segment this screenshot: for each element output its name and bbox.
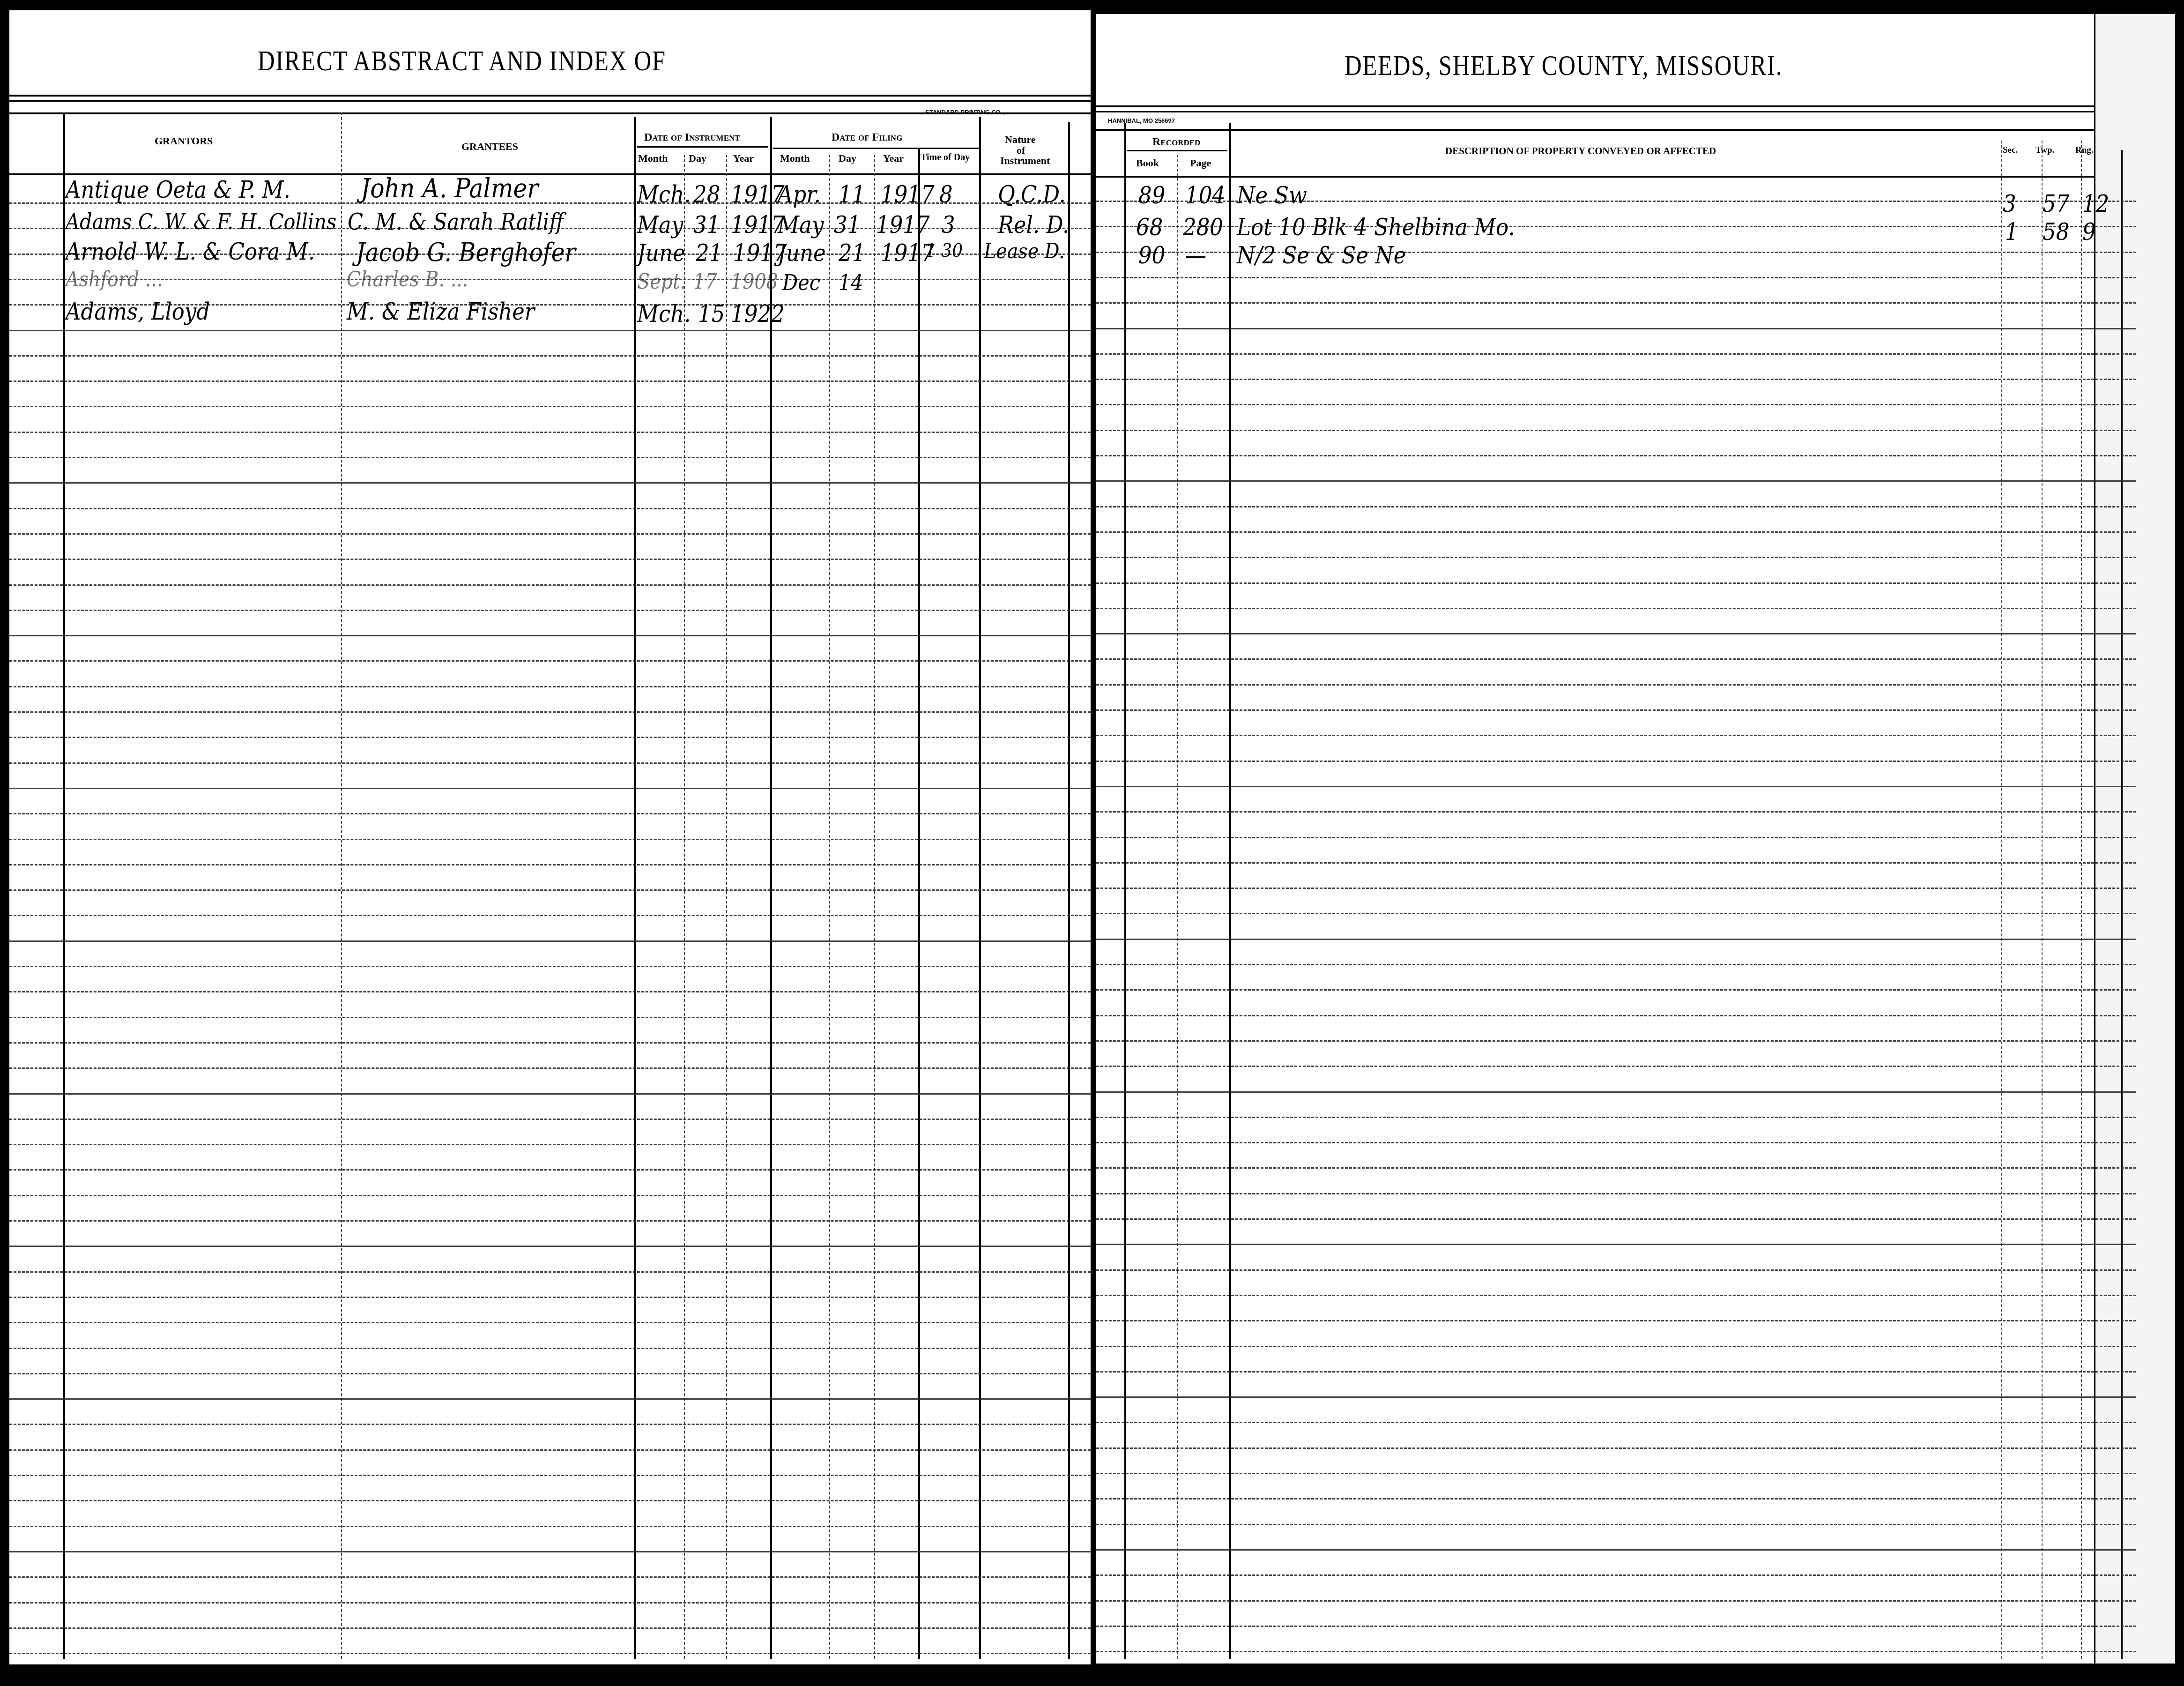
row-rule: [1096, 1396, 2136, 1398]
file-day-cell: 31: [834, 213, 861, 237]
row-rule: [9, 1449, 1091, 1451]
sec-cell: 3: [2003, 192, 2016, 216]
description-cell: Lot 10 Blk 4 Shelbina Mo.: [1237, 216, 1515, 239]
inst-month-cell: May: [637, 213, 683, 237]
row-rule: [1096, 531, 2136, 533]
row-rule: [9, 330, 1091, 331]
rule: [773, 148, 979, 149]
grantees-cell: Charles B. ...: [347, 269, 468, 290]
row-rule: [1096, 1269, 2136, 1271]
row-rule: [9, 1017, 1091, 1018]
col-line: [2001, 141, 2002, 1659]
grantors-cell: Adams, Lloyd: [66, 300, 210, 323]
title-right: DEEDS, SHELBY COUNTY, MISSOURI.: [1345, 49, 1783, 82]
header-date-of-filing: Date of Filing: [832, 131, 902, 144]
row-rule: [9, 660, 1091, 662]
row-rule: [1096, 964, 2136, 965]
row-rule: [1096, 1091, 2136, 1093]
row-rule: [1096, 1142, 2136, 1143]
row-rule: [9, 635, 1091, 636]
grantees-cell: C. M. & Sarah Ratliff: [348, 211, 564, 233]
row-rule: [1096, 1015, 2136, 1016]
sec-cell: 1: [2005, 220, 2019, 244]
inst-year-cell: 1917: [731, 213, 785, 237]
row-rule: [1096, 1066, 2136, 1067]
row-rule: [9, 839, 1091, 840]
row-rule: [9, 1576, 1091, 1578]
row-rule: [1096, 1626, 2136, 1627]
header-inst-year: Year: [733, 152, 754, 164]
row-rule: [1096, 939, 2136, 940]
grantees-cell: John A. Palmer: [361, 176, 538, 202]
col-line: [1177, 155, 1178, 1659]
row-rule: [9, 940, 1091, 942]
row-rule: [9, 1602, 1091, 1604]
book-cell: 90: [1138, 244, 1165, 267]
file-year-cell: 1917: [876, 213, 930, 237]
row-rule: [1096, 786, 2136, 787]
header-inst-day: Day: [689, 152, 706, 164]
row-rule: [9, 711, 1091, 713]
time-cell: 8: [939, 183, 953, 206]
row-rule: [9, 966, 1091, 967]
row-rule: [9, 991, 1091, 992]
row-rule: [9, 1297, 1091, 1298]
row-rule: [1096, 480, 2136, 482]
row-rule: [9, 380, 1091, 382]
file-year-cell: 1917: [881, 183, 935, 206]
row-rule: [9, 864, 1091, 865]
grantees-cell: Jacob G. Berghofer: [356, 240, 576, 265]
row-rule: [9, 1119, 1091, 1120]
row-rule: [1096, 658, 2136, 660]
row-rule: [1096, 328, 2136, 329]
rng-cell: 9: [2082, 220, 2096, 244]
row-rule: [1096, 709, 2136, 711]
row-rule: [9, 1067, 1091, 1069]
row-rule: [9, 1373, 1091, 1374]
row-rule: [9, 1195, 1091, 1196]
row-rule: [1096, 1524, 2136, 1525]
inst-year-cell: 1908: [731, 272, 778, 292]
row-rule: [9, 279, 1091, 280]
row-rule: [1096, 1574, 2136, 1576]
inst-day-cell: 28: [693, 183, 720, 206]
row-rule: [9, 1526, 1091, 1527]
inst-month-cell: Mch.: [637, 302, 691, 326]
col-line: [341, 112, 342, 1659]
row-rule: [9, 1627, 1091, 1629]
col-line: [63, 112, 65, 1659]
twp-cell: 58: [2043, 220, 2069, 244]
row-rule: [1096, 761, 2136, 762]
row-rule: [1096, 1117, 2136, 1118]
row-rule: [1096, 608, 2136, 609]
row-rule: [9, 432, 1091, 433]
row-rule: [1096, 1244, 2136, 1245]
page-cell: —: [1185, 244, 1206, 267]
page-tab: [2094, 14, 2175, 1664]
time-cell: 1 30: [925, 241, 963, 260]
twp-cell: 57: [2043, 192, 2069, 216]
nature-cell: Lease D.: [984, 241, 1065, 262]
row-rule: [1096, 506, 2136, 507]
row-rule: [1096, 1040, 2136, 1042]
inst-year-cell: 1922: [731, 302, 785, 326]
col-line: [2081, 141, 2082, 1659]
time-cell: 3: [942, 213, 955, 237]
row-rule: [9, 482, 1091, 484]
row-rule: [1096, 582, 2136, 584]
row-rule: [1096, 1651, 2136, 1652]
inst-month-cell: Mch.: [637, 183, 691, 206]
rng-cell: 12: [2082, 192, 2109, 216]
row-rule: [1096, 1193, 2136, 1194]
description-cell: N/2 Se & Se Ne: [1237, 244, 1406, 267]
row-rule: [1096, 633, 2136, 634]
header-page: Page: [1190, 157, 1211, 169]
row-rule: [9, 1653, 1091, 1654]
row-rule: [9, 737, 1091, 738]
row-rule: [1096, 1473, 2136, 1474]
col-line: [979, 117, 981, 1659]
row-rule: [9, 788, 1091, 789]
file-month-cell: June: [778, 241, 826, 265]
row-rule: [1096, 1600, 2136, 1602]
row-rule: [1096, 1447, 2136, 1449]
file-month-cell: Apr.: [778, 183, 821, 206]
col-line: [918, 148, 920, 1659]
description-cell: Ne Sw: [1237, 184, 1307, 207]
row-rule: [1096, 837, 2136, 838]
row-rule: [9, 533, 1091, 535]
rule: [1096, 105, 2094, 107]
row-rule: [9, 1551, 1091, 1552]
inst-day-cell: 21: [696, 241, 722, 265]
title-left: DIRECT ABSTRACT AND INDEX OF: [258, 45, 666, 78]
header-description: DESCRIPTION OF PROPERTY CONVEYED OR AFFE…: [1445, 145, 1716, 157]
col-line: [2121, 150, 2123, 1659]
col-line: [634, 117, 636, 1659]
header-book: Book: [1136, 157, 1159, 169]
row-rule: [1096, 1549, 2136, 1551]
inst-day-cell: 31: [693, 213, 720, 237]
header-inst-month: Month: [638, 152, 668, 164]
file-day-cell: 14: [839, 272, 863, 293]
grantors-cell: Adams C. W. & F. H. Collins: [66, 211, 336, 232]
row-rule: [9, 1322, 1091, 1323]
header-recorded: Recorded: [1152, 136, 1200, 149]
grantees-cell: M. & Eliza Fisher: [347, 300, 535, 323]
header-date-of-instrument: Date of Instrument: [644, 131, 740, 144]
nature-cell: Rel. D.: [998, 213, 1069, 237]
page-cell: 104: [1185, 184, 1226, 207]
header-bottom-rule: [9, 173, 1091, 175]
book-cell: 68: [1136, 216, 1163, 239]
row-rule: [1096, 862, 2136, 864]
header-file-month: Month: [780, 152, 810, 164]
row-rule: [1096, 1167, 2136, 1169]
row-rule: [9, 1169, 1091, 1171]
row-rule: [9, 457, 1091, 458]
row-rule: [9, 1348, 1091, 1349]
row-rule: [9, 1475, 1091, 1476]
row-rule: [1096, 557, 2136, 558]
file-month-cell: May: [778, 213, 824, 237]
row-rule: [1096, 353, 2136, 355]
header-file-year: Year: [883, 152, 904, 164]
row-rule: [9, 1093, 1091, 1095]
row-rule: [9, 1424, 1091, 1425]
header-grantors: GRANTORS: [155, 135, 213, 147]
header-grantees: GRANTEES: [461, 141, 518, 153]
header-rng: Rng.: [2075, 145, 2094, 156]
row-rule: [1096, 1320, 2136, 1321]
row-rule: [9, 686, 1091, 687]
row-rule: [9, 762, 1091, 764]
header-twp: Twp.: [2035, 145, 2054, 156]
header-sec: Sec.: [2003, 145, 2018, 156]
rule: [637, 146, 768, 148]
row-rule: [9, 889, 1091, 891]
row-rule: [1096, 404, 2136, 405]
row-rule: [1096, 1371, 2136, 1373]
row-rule: [9, 508, 1091, 509]
inst-month-cell: June: [637, 241, 685, 265]
col-line: [2042, 141, 2043, 1659]
row-rule: [9, 1500, 1091, 1501]
header-file-day: Day: [839, 152, 856, 164]
row-rule: [9, 1271, 1091, 1273]
row-rule: [1096, 277, 2136, 278]
file-month-cell: Dec: [782, 272, 820, 293]
row-rule: [9, 1398, 1091, 1400]
row-rule: [9, 355, 1091, 357]
row-rule: [1096, 913, 2136, 914]
rule: [9, 100, 1091, 102]
row-rule: [1096, 302, 2136, 304]
file-day-cell: 21: [839, 241, 865, 265]
grantors-cell: Ashford ...: [66, 269, 163, 290]
book-cell: 89: [1138, 184, 1165, 207]
col-line: [770, 117, 772, 1659]
printer-left: STANDARD PRINTING CO.,: [925, 109, 1004, 116]
row-rule: [9, 915, 1091, 916]
row-rule: [9, 406, 1091, 407]
row-rule: [1096, 989, 2136, 991]
row-rule: [1096, 1218, 2136, 1220]
nature-cell: Q.C.D.: [998, 183, 1066, 206]
header-bottom-rule: [1096, 176, 2094, 178]
row-rule: [9, 1220, 1091, 1222]
row-rule: [9, 1144, 1091, 1145]
grantors-cell: Arnold W. L. & Cora M.: [66, 240, 315, 263]
row-rule: [1096, 735, 2136, 736]
file-day-cell: 11: [839, 183, 865, 206]
rule: [1127, 150, 1227, 151]
header-time-of-day: Time of Day: [921, 152, 970, 163]
printer-right: HANNIBAL, MO 256697: [1108, 117, 1175, 124]
inst-day-cell: 15: [698, 302, 725, 326]
row-rule: [1096, 684, 2136, 686]
book-spine: [1091, 0, 1095, 1686]
row-rule: [1096, 1346, 2136, 1347]
row-rule: [1096, 379, 2136, 380]
row-rule: [9, 610, 1091, 611]
inst-month-cell: Sept.: [637, 272, 686, 292]
rule: [1096, 111, 2094, 112]
page-cell: 280: [1183, 216, 1223, 239]
inst-day-cell: 17: [693, 272, 717, 292]
row-rule: [1096, 1498, 2136, 1499]
row-rule: [1096, 1295, 2136, 1296]
row-rule: [9, 584, 1091, 586]
row-rule: [1096, 430, 2136, 431]
rule: [1096, 129, 2094, 131]
row-rule: [1096, 811, 2136, 813]
header-instrument: Instrument: [1000, 155, 1050, 167]
row-rule: [9, 1246, 1091, 1247]
row-rule: [1096, 888, 2136, 889]
row-rule: [1096, 1422, 2136, 1423]
grantors-cell: Antique Oeta & P. M.: [66, 178, 290, 201]
inst-year-cell: 1917: [731, 183, 785, 206]
rule: [9, 95, 1091, 97]
row-rule: [1096, 455, 2136, 456]
row-rule: [9, 559, 1091, 560]
row-rule: [9, 813, 1091, 814]
row-rule: [9, 1042, 1091, 1044]
